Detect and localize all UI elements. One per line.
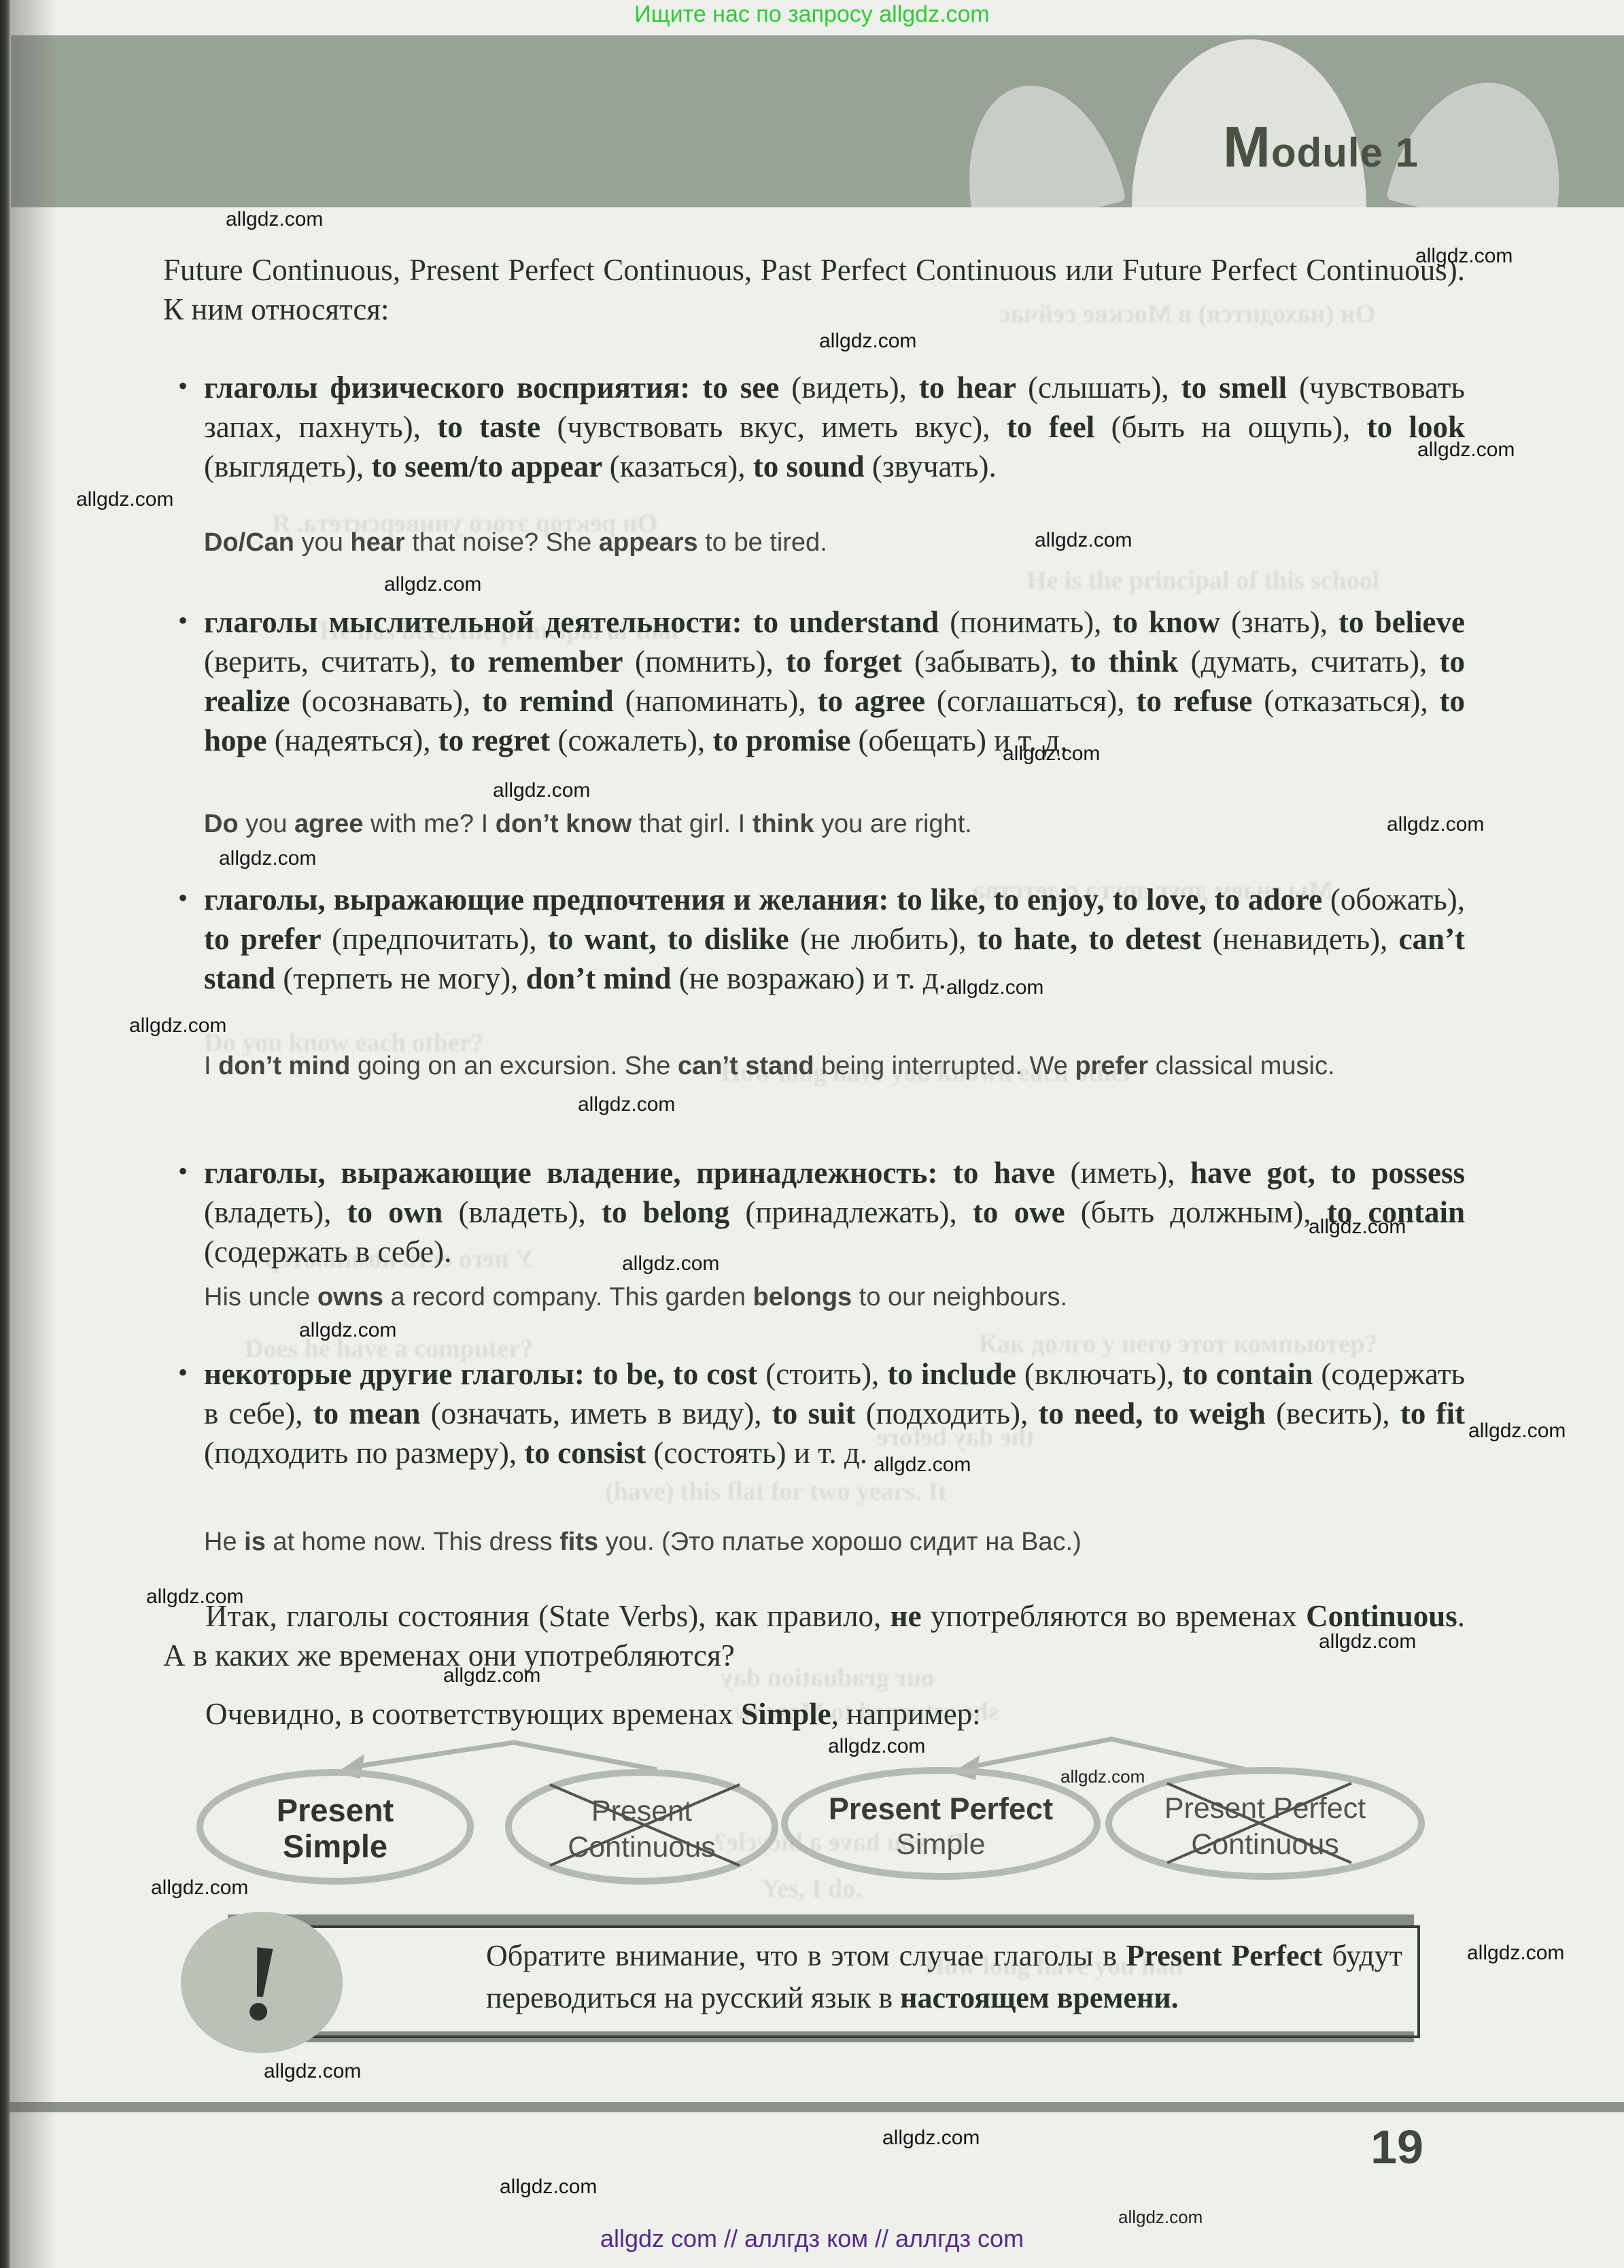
text-segment: (надеяться),: [275, 723, 438, 757]
text-segment: (принадлежать),: [745, 1195, 973, 1229]
text-segment: (осознавать),: [301, 684, 482, 718]
watermark: allgdz.com: [1319, 1630, 1416, 1653]
text-segment: (означать, иметь в виду),: [431, 1396, 772, 1430]
bleedthrough-fragment: (have) this flat for two years. It: [605, 1477, 947, 1507]
text-segment: (быть должным),: [1081, 1195, 1327, 1229]
watermark: allgdz.com: [443, 1664, 540, 1687]
text-segment: (отказаться),: [1264, 684, 1439, 718]
text-segment: to taste: [437, 410, 557, 444]
text-segment: (подходить),: [866, 1396, 1039, 1430]
watermark: allgdz.com: [1035, 529, 1132, 552]
text-segment: глаголы физического восприятия: to see: [204, 371, 791, 405]
text-segment: being interrupted. We: [814, 1052, 1075, 1080]
page-number: 19: [1356, 2120, 1438, 2174]
text-segment: (содержать в себе).: [204, 1235, 451, 1269]
text-segment: appears: [599, 528, 698, 557]
text-segment: to promise: [712, 723, 858, 757]
text-segment: (подходить по размеру),: [204, 1436, 524, 1470]
text-segment: to prefer: [204, 922, 332, 956]
text-segment: глаголы, выражающие владение, принадлежн…: [204, 1156, 1071, 1190]
watermark: allgdz.com: [500, 2176, 597, 2199]
label-present-perfect-continuous: Present Perfect Continuous: [1116, 1791, 1415, 1863]
text-segment: (знать),: [1231, 605, 1338, 639]
text-segment: to believe: [1338, 605, 1465, 639]
text-segment: belongs: [753, 1283, 852, 1311]
intro-paragraph: Future Continuous, Present Perfect Conti…: [163, 250, 1465, 329]
example-preferences: I don’t mind going on an excursion. She …: [204, 1047, 1465, 1085]
text-segment: (состоять) и т. д.: [653, 1436, 867, 1470]
text-segment: (не возражаю) и т. д.: [679, 961, 946, 995]
text-segment: to hate, to detest: [978, 922, 1213, 956]
text-segment: to contain: [1182, 1357, 1321, 1391]
text-segment: you: [294, 528, 350, 557]
text-segment: don’t mind: [218, 1052, 350, 1080]
text-segment: (верить, считать),: [204, 645, 450, 678]
bullet-text: глаголы физического восприятия: to see (…: [204, 371, 1465, 483]
note-text: Обратите внимание, что в этом случае гла…: [486, 1935, 1402, 2019]
bullet-marker: •: [178, 366, 188, 406]
text-segment: (предпочитать),: [332, 922, 548, 956]
text-segment: (сожалеть),: [557, 723, 712, 757]
text-segment: to suit: [772, 1396, 866, 1430]
watermark: allgdz.com: [946, 976, 1043, 999]
text-segment: глаголы мыслительной деятельности: to un…: [204, 605, 950, 639]
text-segment: (выглядеть),: [204, 449, 371, 483]
text-segment: Обратите внимание, что в этом случае гла…: [486, 1939, 1126, 1972]
text-segment: (владеть),: [204, 1195, 347, 1229]
bullet-mental-activity: • глаголы мыслительной деятельности: to …: [204, 602, 1465, 760]
text-segment: to agree: [818, 684, 937, 718]
text-segment: to belong: [602, 1195, 745, 1229]
text-segment: you. (Это платье хорошо сидит на Вас.): [598, 1528, 1082, 1556]
module-title: Module 1: [1223, 118, 1454, 176]
watermark: allgdz.com: [384, 573, 481, 596]
text-segment: owns: [317, 1283, 383, 1311]
watermark: allgdz.com: [828, 1735, 925, 1758]
text-segment: with me? I: [363, 810, 495, 838]
label-present-continuous: Present Continuous: [513, 1793, 771, 1866]
watermark: allgdz.com: [578, 1093, 675, 1116]
page-bottom-rule: [0, 2102, 1624, 2112]
watermark: allgdz.com: [622, 1252, 719, 1275]
text-segment: His uncle: [204, 1283, 317, 1311]
exclamation-glyph: !: [237, 1918, 286, 2047]
text-segment: (думать, считать),: [1191, 645, 1440, 678]
text-segment: to be tired.: [698, 528, 827, 557]
text-segment: can’t stand: [678, 1052, 814, 1080]
text-segment: (ненавидеть),: [1213, 922, 1399, 956]
watermark: allgdz.com: [1415, 245, 1513, 268]
watermark: allgdz.com: [819, 330, 916, 353]
text-segment: to know: [1112, 605, 1231, 639]
bullet-text: глаголы, выражающие владение, принадлежн…: [204, 1156, 1465, 1269]
text-segment: (иметь),: [1071, 1156, 1191, 1190]
text-segment: to consist: [524, 1436, 653, 1470]
text-segment: to remind: [482, 684, 625, 718]
bullet-text: некоторые другие глаголы: to be, to cost…: [204, 1357, 1465, 1470]
text-segment: to sound: [753, 449, 872, 483]
watermark: allgdz.com: [1387, 813, 1484, 836]
watermark: allgdz.com: [76, 488, 173, 511]
text-segment: Do/Can: [204, 528, 294, 557]
text-segment: you: [239, 810, 294, 838]
text-segment: (весить),: [1276, 1396, 1400, 1430]
text-segment: (понимать),: [950, 605, 1112, 639]
text-segment: (напоминать),: [625, 684, 818, 718]
bullet-text: глаголы, выражающие предпочтения и желан…: [204, 882, 1465, 995]
oval-line: Present: [513, 1793, 771, 1829]
watermark: allgdz.com: [1060, 1766, 1145, 1787]
text-segment: to include: [887, 1357, 1024, 1391]
footer-seo-text: allgdz com // аллгдз ком // аллгдз com: [0, 2224, 1624, 2253]
text-segment: agree: [294, 810, 363, 838]
watermark: allgdz.com: [226, 208, 323, 231]
watermark: allgdz.com: [1468, 1420, 1566, 1443]
text-segment: to forget: [786, 645, 914, 678]
bullet-marker: •: [178, 601, 188, 640]
oval-line: Present: [206, 1792, 464, 1828]
text-segment: (терпеть не могу),: [283, 961, 525, 995]
oval-line: Present Perfect: [791, 1791, 1090, 1827]
text-segment: to refuse: [1136, 684, 1264, 718]
text-segment: (соглашаться),: [937, 684, 1137, 718]
petal-shape-icon: [945, 69, 1126, 207]
text-segment: to smell: [1181, 371, 1300, 405]
text-segment: Do: [204, 810, 239, 838]
text-segment: to feel: [1007, 410, 1111, 444]
paragraph-state-verbs: Итак, глаголы состояния (State Verbs), к…: [163, 1596, 1465, 1675]
text-segment: (быть на ощупь),: [1111, 410, 1367, 444]
watermark: allgdz.com: [1003, 742, 1100, 766]
watermark: allgdz.com: [1309, 1216, 1406, 1239]
text-segment: (помнить),: [635, 645, 786, 678]
text-segment: fits: [559, 1528, 598, 1556]
module-title-rest: odule 1: [1271, 130, 1419, 175]
module-title-initial: M: [1223, 115, 1271, 179]
oval-line: Continuous: [513, 1829, 771, 1866]
bleedthrough-fragment: He is the principal of this school: [1026, 566, 1379, 596]
oval-line: Continuous: [1116, 1827, 1415, 1863]
text-segment: to need, to weigh: [1038, 1396, 1276, 1430]
text-segment: to remember: [450, 645, 635, 678]
text-segment: некоторые другие глаголы: to be, to cost: [204, 1357, 765, 1391]
text-segment: to owe: [973, 1195, 1081, 1229]
scanned-textbook-page: Ищите нас по запросу allgdz.com Module 1…: [0, 0, 1624, 2268]
text-segment: Continuous: [1306, 1599, 1457, 1633]
bullet-physical-perception: • глаголы физического восприятия: to see…: [204, 368, 1465, 486]
book-spine: [0, 0, 10, 2268]
label-present-simple: Present Simple: [206, 1792, 464, 1864]
text-segment: (обожать),: [1330, 882, 1465, 916]
watermark: allgdz.com: [874, 1454, 971, 1477]
exclamation-icon: !: [181, 1912, 343, 2053]
text-segment: to regret: [438, 723, 558, 757]
text-segment: глаголы, выражающие предпочтения и желан…: [204, 882, 1330, 916]
example-other-verbs: He is at home now. This dress fits you. …: [204, 1523, 1465, 1561]
text-segment: classical music.: [1148, 1052, 1335, 1080]
watermark: allgdz.com: [264, 2060, 361, 2083]
text-segment: is: [244, 1528, 266, 1556]
text-segment: have got, to possess: [1190, 1156, 1465, 1190]
text-segment: (стоить),: [765, 1357, 887, 1391]
text-segment: prefer: [1075, 1052, 1148, 1080]
book-spine-shadow: [10, 0, 57, 2268]
watermark: allgdz.com: [146, 1585, 243, 1609]
top-seo-text: Ищите нас по запросу allgdz.com: [0, 1, 1624, 28]
text-segment: to our neighbours.: [852, 1283, 1067, 1311]
text-segment: (чувствовать вкус, иметь вкус),: [557, 410, 1006, 444]
text-segment: Итак, глаголы состояния (State Verbs), к…: [205, 1599, 891, 1633]
watermark: allgdz.com: [1467, 1942, 1564, 1965]
bullet-preferences: • глаголы, выражающие предпочтения и жел…: [204, 880, 1465, 998]
watermark: allgdz.com: [151, 1876, 248, 1900]
text-segment: He: [204, 1528, 244, 1556]
text-segment: to seem/to appear: [371, 449, 609, 483]
text-segment: hear: [350, 528, 404, 557]
note-top-bar: [228, 1914, 1414, 1925]
text-segment: you are right.: [814, 810, 971, 838]
watermark: allgdz.com: [219, 847, 316, 870]
text-segment: at home now. This dress: [266, 1528, 559, 1556]
oval-line: Simple: [791, 1827, 1090, 1863]
label-present-perfect-simple: Present Perfect Simple: [791, 1791, 1090, 1863]
bullet-marker: •: [178, 878, 188, 918]
text-segment: (казаться),: [610, 449, 753, 483]
module-header-band: Module 1: [11, 35, 1624, 207]
text-segment: to own: [347, 1195, 459, 1229]
example-mental-activity: Do you agree with me? I don’t know that …: [204, 805, 1465, 843]
text-segment: Present Perfect: [1126, 1939, 1323, 1972]
watermark: allgdz.com: [1417, 439, 1515, 462]
text-segment: (видеть),: [791, 371, 919, 405]
oval-line: Present Perfect: [1116, 1791, 1415, 1827]
text-segment: (звучать).: [872, 449, 997, 483]
oval-line: Simple: [206, 1828, 464, 1864]
example-physical-perception: Do/Can you hear that noise? She appears …: [204, 523, 1465, 562]
bullet-marker: •: [178, 1353, 188, 1392]
text-segment: (включать),: [1024, 1357, 1182, 1391]
text-segment: going on an excursion. She: [350, 1052, 678, 1080]
example-possession: His uncle owns a record company. This ga…: [204, 1278, 1465, 1316]
text-segment: to fit: [1400, 1396, 1465, 1430]
text-segment: don’t know: [496, 810, 632, 838]
text-segment: to think: [1071, 645, 1191, 678]
text-segment: Future Continuous, Present Perfect Conti…: [163, 253, 1465, 326]
text-segment: (не любить),: [800, 922, 978, 956]
text-segment: употребляются во временах: [922, 1599, 1307, 1633]
text-segment: to want, to dislike: [548, 922, 800, 956]
bullet-possession: • глаголы, выражающие владение, принадле…: [204, 1153, 1465, 1271]
watermark: allgdz.com: [882, 2127, 980, 2150]
text-segment: don’t mind: [526, 961, 679, 995]
text-segment: that noise? She: [405, 528, 599, 557]
watermark: allgdz.com: [493, 779, 590, 802]
bullet-other-verbs: • некоторые другие глаголы: to be, to co…: [204, 1354, 1465, 1473]
watermark: allgdz.com: [129, 1014, 226, 1037]
text-segment: настоящем времени.: [900, 1981, 1179, 2014]
text-segment: (забывать),: [914, 645, 1071, 678]
bullet-marker: •: [178, 1152, 188, 1191]
text-segment: (владеть),: [458, 1195, 602, 1229]
text-segment: to mean: [313, 1396, 431, 1430]
watermark: allgdz.com: [299, 1319, 396, 1342]
text-segment: to hear: [919, 371, 1028, 405]
bullet-text: глаголы мыслительной деятельности: to un…: [204, 605, 1465, 757]
text-segment: I: [204, 1052, 218, 1080]
text-segment: не: [891, 1599, 922, 1633]
text-segment: (слышать),: [1028, 371, 1181, 405]
text-segment: a record company. This garden: [383, 1283, 753, 1311]
text-segment: that girl. I: [632, 810, 752, 838]
text-segment: think: [753, 810, 814, 838]
